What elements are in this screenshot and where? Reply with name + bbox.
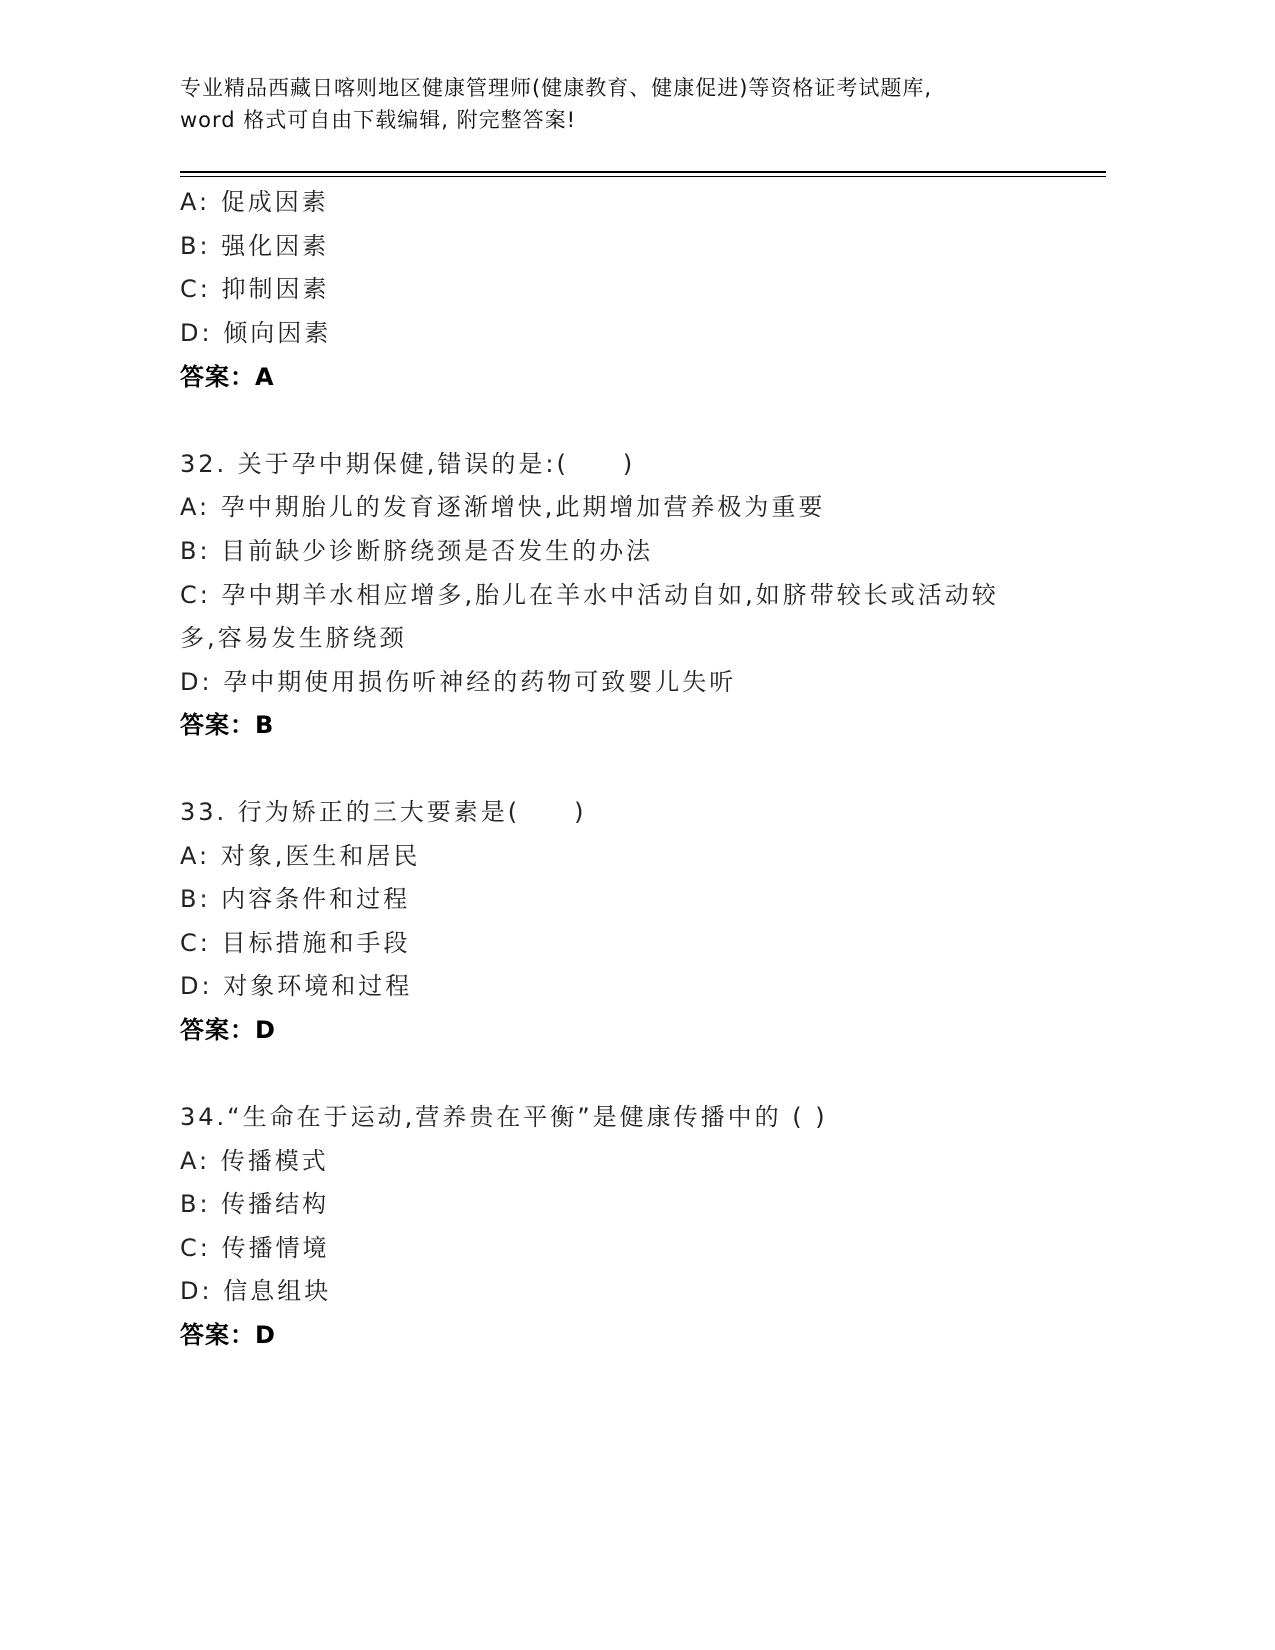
option-line: B: 传播结构 (180, 1189, 329, 1219)
option-line: D: 倾向因素 (180, 318, 331, 348)
option-line: C: 传播情境 (180, 1233, 329, 1263)
answer-line: 答案：D (180, 1015, 276, 1045)
question-stem: 33. 行为矫正的三大要素是( ) (180, 797, 587, 827)
option-line: A: 传播模式 (180, 1146, 329, 1176)
option-line: A: 对象,医生和居民 (180, 841, 420, 871)
option-line: C: 目标措施和手段 (180, 928, 410, 958)
option-line: D: 对象环境和过程 (180, 971, 412, 1001)
option-line: A: 孕中期胎儿的发育逐渐增快,此期增加营养极为重要 (180, 492, 825, 522)
option-line: B: 内容条件和过程 (180, 884, 410, 914)
option-line: D: 孕中期使用损伤听神经的药物可致婴儿失听 (180, 667, 736, 697)
header-line-2: word 格式可自由下载编辑, 附完整答案! (180, 104, 1110, 136)
question-stem: 34.“生命在于运动,营养贵在平衡”是健康传播中的 ( ) (180, 1102, 828, 1132)
answer-line: 答案：A (180, 362, 275, 392)
option-line: B: 目前缺少诊断脐绕颈是否发生的办法 (180, 536, 653, 566)
question-stem: 32. 关于孕中期保健,错误的是:( ) (180, 449, 635, 479)
option-line: C: 抑制因素 (180, 274, 329, 304)
answer-line: 答案：B (180, 710, 274, 740)
document-header: 专业精品西藏日喀则地区健康管理师(健康教育、健康促进)等资格证考试题库, wor… (180, 72, 1110, 136)
header-line-1: 专业精品西藏日喀则地区健康管理师(健康教育、健康促进)等资格证考试题库, (180, 72, 1110, 104)
header-divider-thin (180, 176, 1106, 177)
option-line: A: 促成因素 (180, 187, 329, 217)
option-line: B: 强化因素 (180, 231, 329, 261)
option-line: D: 信息组块 (180, 1276, 331, 1306)
option-line: 多,容易发生脐绕颈 (180, 623, 407, 653)
option-line: C: 孕中期羊水相应增多,胎儿在羊水中活动自如,如脐带较长或活动较 (180, 580, 999, 610)
answer-line: 答案：D (180, 1320, 276, 1350)
header-divider-thick (180, 171, 1106, 173)
